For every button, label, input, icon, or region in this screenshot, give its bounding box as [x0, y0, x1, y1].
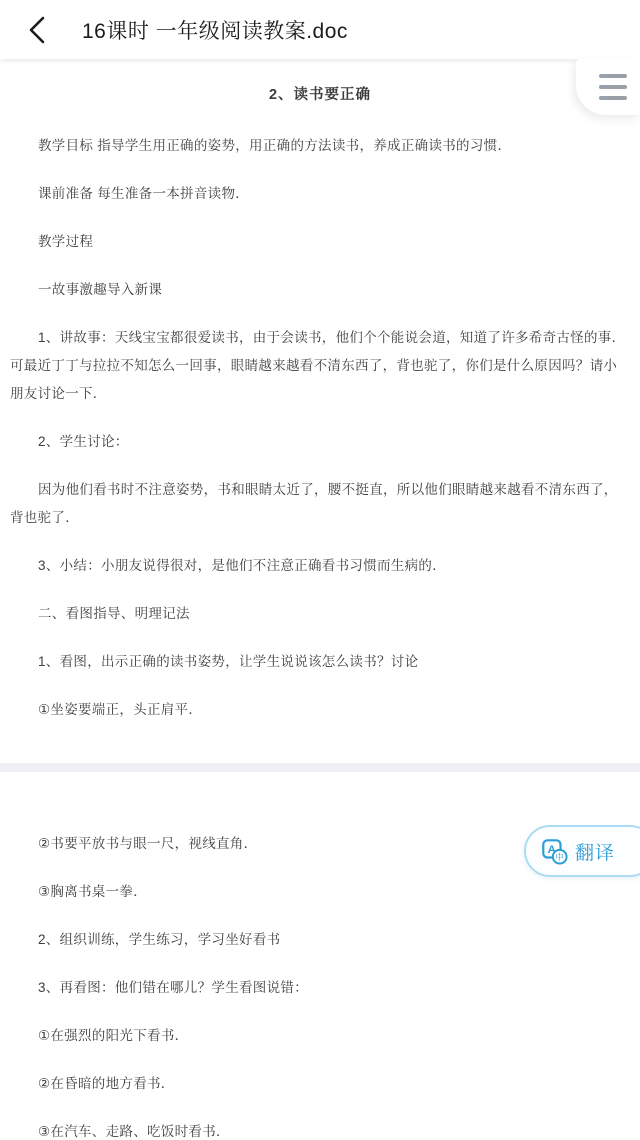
doc-body-page-1: 教学目标 指导学生用正确的姿势，用正确的方法读书，养成正确读书的习惯． 课前准备… — [0, 132, 640, 724]
paragraph: ②在昏暗的地方看书． — [10, 1070, 630, 1098]
translate-label: 翻译 — [575, 838, 615, 865]
paragraph: 一故事激趣导入新课 — [10, 276, 630, 304]
document-page-1: 2、读书要正确 教学目标 指导学生用正确的姿势，用正确的方法读书，养成正确读书的… — [0, 59, 640, 763]
app-header: 16课时 一年级阅读教案.doc — [0, 0, 640, 59]
chevron-left-icon — [26, 15, 50, 45]
paragraph: 1、看图，出示正确的读书姿势，让学生说说该怎么读书？讨论 — [10, 648, 630, 676]
menu-bar — [599, 85, 627, 89]
paragraph: 2、学生讨论： — [10, 428, 630, 456]
paragraph: 2、组织训练，学生练习，学习坐好看书 — [10, 926, 630, 954]
doc-heading: 2、读书要正确 — [0, 84, 640, 106]
paragraph: ①在强烈的阳光下看书． — [10, 1022, 630, 1050]
paragraph: 教学过程 — [10, 228, 630, 256]
menu-bar — [599, 96, 627, 100]
paragraph: 二、看图指导、明理记法 — [10, 600, 630, 628]
paragraph: 3、小结：小朋友说得很对，是他们不注意正确看书习惯而生病的． — [10, 552, 630, 580]
paragraph: ③在汽车、走路、吃饭时看书． — [10, 1118, 630, 1140]
paragraph: ③胸离书桌一拳． — [10, 878, 630, 906]
menu-bar — [599, 74, 627, 78]
paragraph: 教学目标 指导学生用正确的姿势，用正确的方法读书，养成正确读书的习惯． — [10, 132, 630, 160]
back-button[interactable] — [26, 10, 66, 50]
paragraph: 课前准备 每生准备一本拼音读物． — [10, 180, 630, 208]
translate-button[interactable]: A 中 翻译 — [524, 825, 640, 877]
menu-button[interactable] — [576, 59, 640, 115]
paragraph: 1、讲故事：天线宝宝都很爱读书，由于会读书，他们个个能说会道，知道了许多希奇古怪… — [10, 324, 630, 408]
document-title: 16课时 一年级阅读教案.doc — [82, 15, 348, 45]
paragraph: ①坐姿要端正，头正肩平． — [10, 696, 630, 724]
paragraph: 3、再看图：他们错在哪儿？学生看图说错： — [10, 974, 630, 1002]
translate-icon: A 中 — [541, 838, 568, 865]
paragraph: 因为他们看书时不注意姿势，书和眼睛太近了，腰不挺直，所以他们眼睛越来越看不清东西… — [10, 476, 630, 532]
svg-text:中: 中 — [556, 851, 564, 861]
